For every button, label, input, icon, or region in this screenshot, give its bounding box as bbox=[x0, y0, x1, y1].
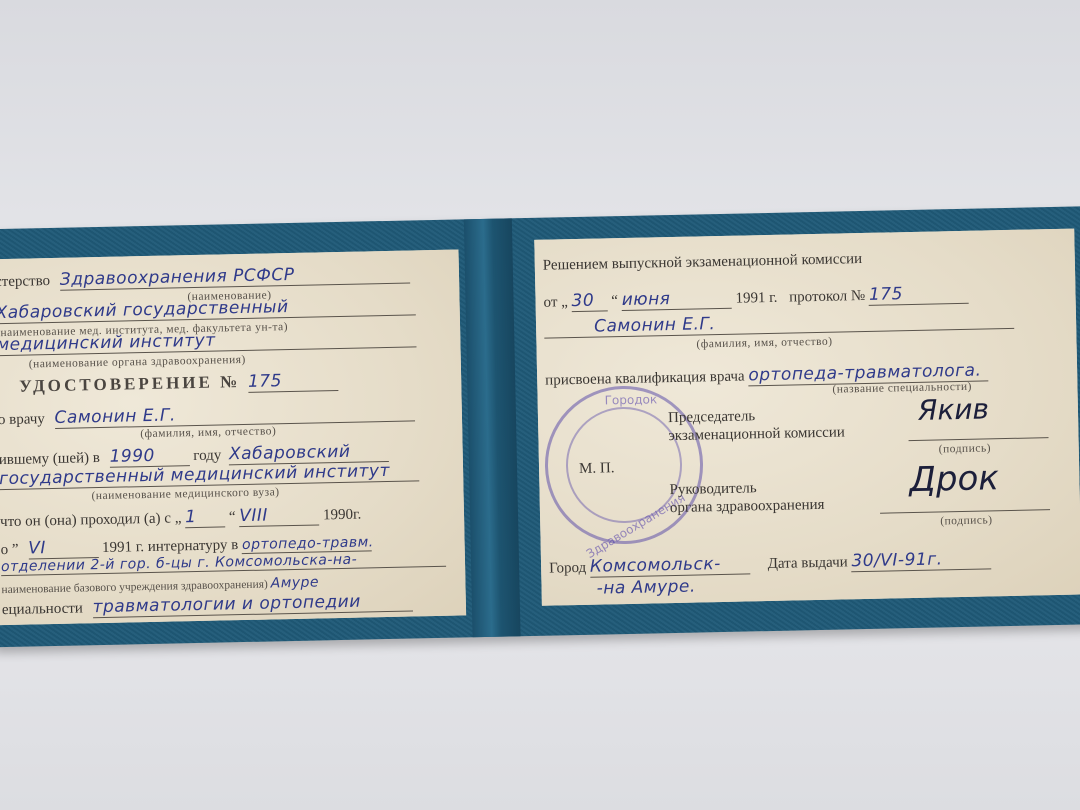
city-value-1: Комсомольск- bbox=[590, 553, 750, 577]
institute-row-1: Хабаровский государственный bbox=[0, 294, 416, 324]
caption-fio-right: (фамилия, имя, отчество) bbox=[696, 336, 832, 351]
doctor-label: о врачу bbox=[0, 411, 45, 428]
person-row: Самонин Е.Г. bbox=[544, 308, 1014, 339]
booklet-spine bbox=[464, 218, 521, 637]
right-page: Решением выпускной экзаменационной комис… bbox=[534, 229, 1080, 606]
year-suffix: г. bbox=[769, 290, 778, 306]
doctor-name: Самонин Е.Г. bbox=[54, 400, 414, 429]
caption-signature-2: (подпись) bbox=[940, 514, 992, 527]
caption-fio: (фамилия, имя, отчество) bbox=[140, 425, 276, 440]
head-label-2: органа здравоохранения bbox=[670, 496, 825, 517]
end-prefix: о ” bbox=[0, 542, 18, 558]
end-year: 1991 bbox=[102, 539, 132, 556]
start-day: 1 bbox=[185, 506, 225, 528]
chairman-label-2: экзаменационной комиссии bbox=[668, 423, 845, 445]
decision-day: 30 bbox=[571, 290, 607, 312]
ministry-value: Здравоохранения РСФСР bbox=[60, 262, 410, 290]
person-name: Самонин Е.Г. bbox=[544, 308, 1014, 339]
passed-row: что он (она) проходил (а) с „ 1 “ VIII 1… bbox=[0, 504, 361, 533]
left-page: стерство Здравоохранения РСФСР (наименов… bbox=[0, 249, 466, 625]
city-value-2: -на Амуре. bbox=[596, 577, 696, 599]
qualification-label: присвоена квалификация врача bbox=[545, 368, 745, 388]
stamp-label: М. П. bbox=[579, 460, 615, 478]
city-label: Город bbox=[549, 560, 586, 577]
document-title: УДОСТОВЕРЕНИЕ № bbox=[19, 372, 240, 396]
from-label: от „ bbox=[543, 294, 568, 311]
internship-place-3: Амуре bbox=[270, 574, 319, 591]
internship-label: г. интернатуру в bbox=[136, 537, 239, 555]
head-label: Руководитель органа здравоохранения bbox=[669, 478, 824, 517]
graduated-label: ившему (шей) в bbox=[0, 450, 100, 468]
passed-label: что он (она) проходил (а) с „ bbox=[0, 510, 182, 530]
caption-health-org: (наименование органа здравоохранения) bbox=[29, 354, 246, 371]
stamp-text-top: Городок bbox=[605, 392, 658, 407]
start-year: 1990г. bbox=[323, 507, 362, 524]
end-day-month: VI bbox=[28, 537, 98, 559]
city-row: Город Комсомольск- Дата выдачи 30/VI-91г… bbox=[549, 548, 992, 578]
protocol-number: 175 bbox=[869, 283, 969, 306]
caption-signature-1: (подпись) bbox=[939, 442, 991, 455]
decision-year: 1991 bbox=[735, 290, 765, 307]
issue-date-value: 30/VI-91г. bbox=[851, 548, 991, 572]
certificate-booklet: стерство Здравоохранения РСФСР (наименов… bbox=[0, 206, 1080, 647]
chairman-signature: Якив bbox=[918, 392, 990, 426]
head-signature: Дрок bbox=[909, 458, 999, 500]
ministry-row: стерство Здравоохранения РСФСР bbox=[0, 262, 410, 292]
specialty-value: травматологии и ортопедии bbox=[92, 591, 412, 619]
title-row: УДОСТОВЕРЕНИЕ № 175 bbox=[19, 370, 338, 398]
start-month: VIII bbox=[239, 504, 319, 527]
caption-university: (наименование медицинского вуза) bbox=[91, 486, 279, 502]
institute-line-1: Хабаровский государственный bbox=[0, 294, 416, 324]
decision-month: июня bbox=[622, 288, 732, 311]
decision-date-row: от „ 30 “ июня 1991 г. протокол № 175 bbox=[543, 283, 969, 313]
year-word: году bbox=[193, 447, 221, 464]
doctor-row: о врачу Самонин Е.Г. bbox=[0, 400, 415, 430]
protocol-label: протокол № bbox=[789, 288, 865, 306]
issue-date-label: Дата выдачи bbox=[768, 554, 848, 572]
certificate-number: 175 bbox=[248, 370, 338, 393]
decision-label: Решением выпускной экзаменационной комис… bbox=[543, 251, 863, 275]
specialty-label: ециальности bbox=[2, 600, 83, 618]
chairman-label: Председатель экзаменационной комиссии bbox=[668, 405, 845, 445]
ministry-label: стерство bbox=[0, 273, 50, 290]
